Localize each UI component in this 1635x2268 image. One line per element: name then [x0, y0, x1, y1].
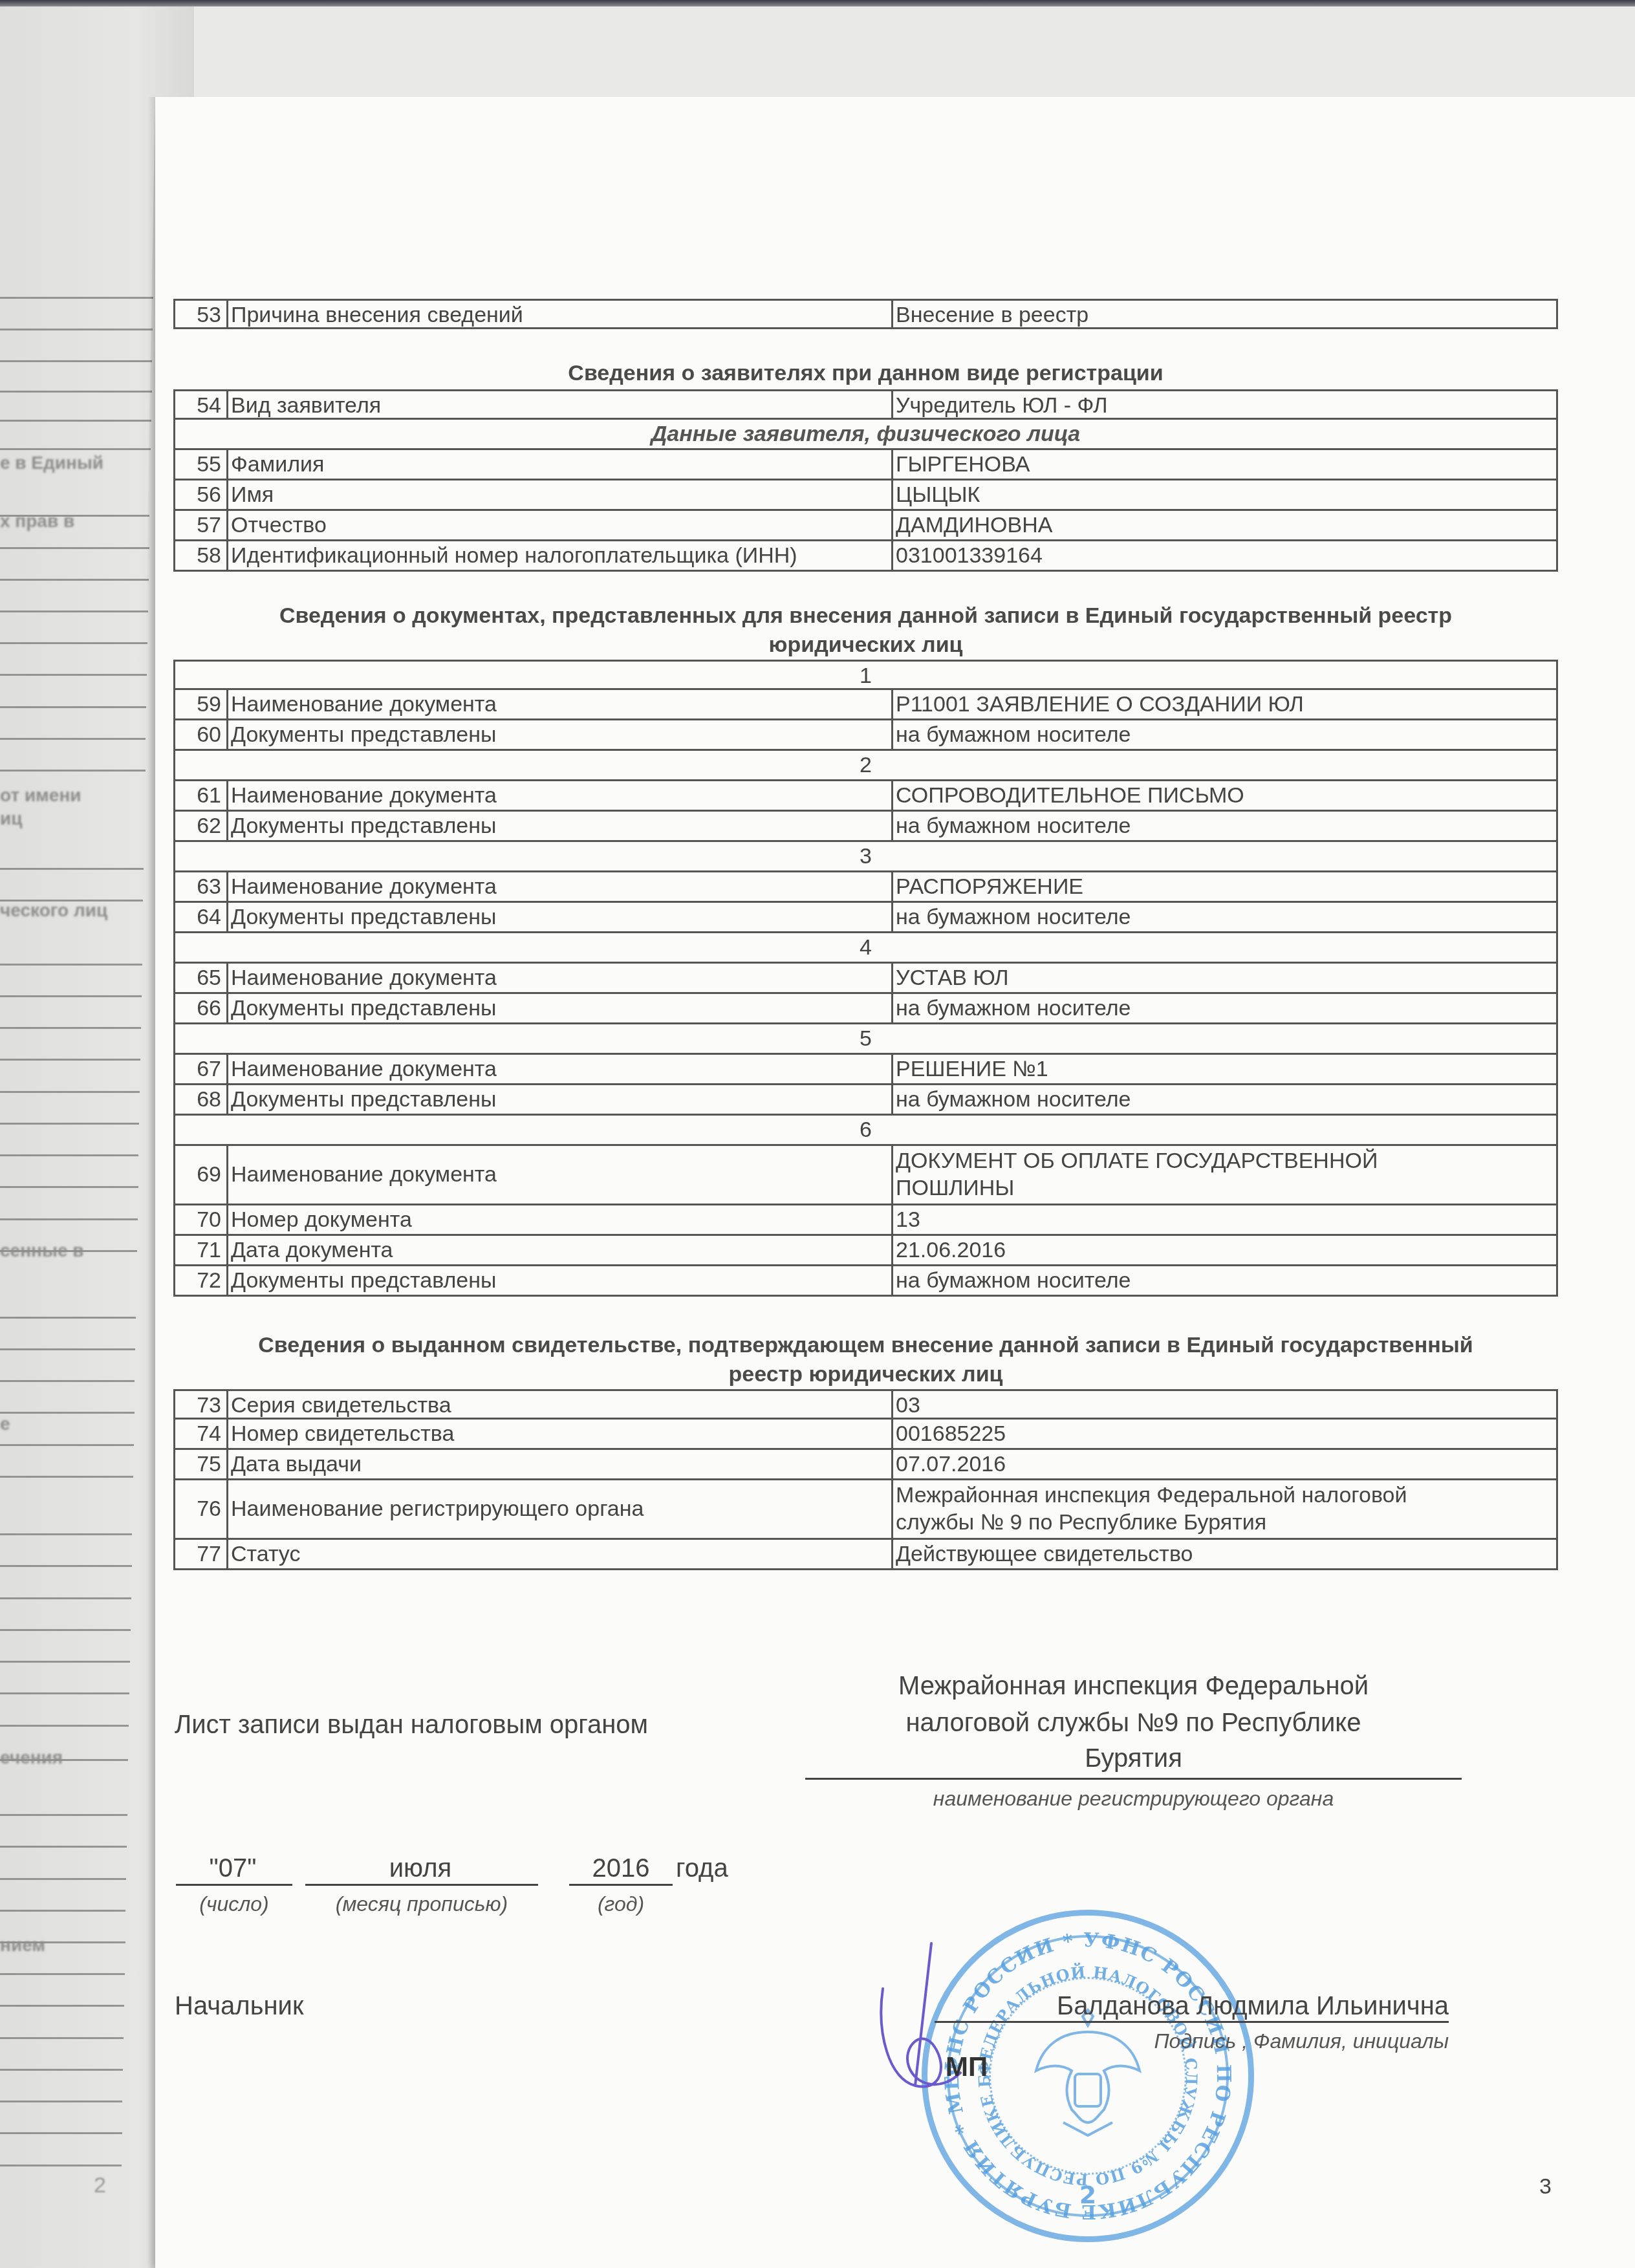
- row-value: Действующее свидетельство: [893, 1540, 1556, 1568]
- underlying-ruled-line: [0, 995, 142, 997]
- table-row: 60 Документы представлены на бумажном но…: [173, 720, 1558, 751]
- row-value: СОПРОВОДИТЕЛЬНОЕ ПИСЬМО: [893, 781, 1556, 810]
- stamp-number: 2: [1079, 2181, 1096, 2209]
- row-value: ДОКУМЕНТ ОБ ОПЛАТЕ ГОСУДАРСТВЕННОЙ ПОШЛИ…: [893, 1146, 1556, 1205]
- row-number: 71: [175, 1236, 228, 1264]
- underlying-ruled-line: [0, 1565, 132, 1567]
- underlying-ruled-line: [0, 1814, 127, 1816]
- row-number: 53: [175, 301, 228, 327]
- table-row: 77 Статус Действующее свидетельство: [173, 1540, 1558, 1570]
- seal-mark: МП: [946, 2051, 988, 2082]
- row-number: 62: [175, 812, 228, 840]
- underlying-ruled-line: [0, 1154, 138, 1156]
- underlying-ruled-line: [0, 1533, 132, 1535]
- row-number: 63: [175, 872, 228, 901]
- underlying-ruled-line: [0, 1412, 135, 1414]
- table-row: 58 Идентификационный номер налогоплатель…: [173, 541, 1558, 572]
- underlying-ruled-line: [0, 1973, 125, 1975]
- row-label: Документы представлены: [228, 812, 893, 840]
- table-subheader: Данные заявителя, физического лица: [173, 420, 1558, 450]
- underlying-text-fragment: сенные в: [0, 1240, 83, 1261]
- underlying-ruled-line: [0, 297, 153, 299]
- underlying-ruled-line: [0, 964, 142, 966]
- row-number: 76: [175, 1480, 228, 1538]
- underlying-text-fragment: от имени: [0, 785, 81, 806]
- underlying-ruled-line: [0, 1091, 140, 1093]
- table-row: 56 Имя ЦЫЦЫК: [173, 481, 1558, 511]
- underlying-ruled-line: [0, 547, 149, 549]
- row-value: 21.06.2016: [893, 1236, 1556, 1264]
- underlying-ruled-line: [0, 2037, 124, 2039]
- row-value: на бумажном носителе: [893, 720, 1556, 749]
- row-value-line: Межрайонная инспекция Федеральной налого…: [896, 1482, 1556, 1509]
- table-row: 66 Документы представлены на бумажном но…: [173, 994, 1558, 1024]
- underlying-ruled-line: [0, 360, 152, 362]
- underlying-ruled-line: [0, 1910, 125, 1912]
- row-number: 77: [175, 1540, 228, 1568]
- row-number: 75: [175, 1450, 228, 1478]
- table-row: 74 Номер свидетельства 001685225: [173, 1420, 1558, 1450]
- underlying-ruled-line: [0, 1878, 126, 1880]
- underlying-ruled-line: [0, 1059, 140, 1061]
- row-label: Идентификационный номер налогоплательщик…: [228, 541, 893, 570]
- row-number: 55: [175, 450, 228, 479]
- row-number: 56: [175, 481, 228, 509]
- row-number: 69: [175, 1146, 228, 1204]
- table-row: 62 Документы представлены на бумажном но…: [173, 812, 1558, 842]
- section-heading-certificate-line2: реестр юридических лиц: [173, 1360, 1558, 1389]
- row-label: Наименование документа: [228, 1055, 893, 1083]
- row-value: на бумажном носителе: [893, 812, 1556, 840]
- row-label: Наименование документа: [228, 781, 893, 810]
- table-row: 54 Вид заявителя Учредитель ЮЛ - ФЛ: [173, 389, 1558, 420]
- underlying-text-fragment: нием: [0, 1935, 45, 1956]
- row-label: Дата документа: [228, 1236, 893, 1264]
- table-row: 53 Причина внесения сведений Внесение в …: [173, 299, 1558, 329]
- underlying-ruled-line: [0, 448, 151, 450]
- table-row: 64 Документы представлены на бумажном но…: [173, 903, 1558, 933]
- row-number: 60: [175, 720, 228, 749]
- date-year-underline: [569, 1884, 673, 1886]
- row-value: 001685225: [893, 1420, 1556, 1448]
- underlying-ruled-line: [0, 674, 147, 676]
- row-label: Серия свидетельства: [228, 1391, 893, 1418]
- underlying-ruled-line: [0, 610, 148, 612]
- row-value: РАСПОРЯЖЕНИЕ: [893, 872, 1556, 901]
- underlying-ruled-line: [0, 579, 149, 581]
- row-label: Документы представлены: [228, 903, 893, 931]
- date-day: "07": [175, 1854, 291, 1883]
- table-row: 73 Серия свидетельства 03: [173, 1389, 1558, 1420]
- row-label: Наименование документа: [228, 1146, 893, 1204]
- scanner-edge: [0, 0, 1635, 6]
- underlying-ruled-line: [0, 1661, 130, 1663]
- table-row: 57 Отчество ДАМДИНОВНА: [173, 511, 1558, 541]
- date-year: 2016: [569, 1854, 673, 1883]
- underlying-ruled-line: [0, 1692, 129, 1694]
- underlying-ruled-line: [0, 738, 146, 740]
- row-value: на бумажном носителе: [893, 1266, 1556, 1295]
- date-month-caption: (месяц прописью): [305, 1892, 538, 1916]
- row-label: Документы представлены: [228, 1266, 893, 1295]
- date-month: июля: [304, 1854, 537, 1883]
- row-number: 65: [175, 964, 228, 992]
- row-value: Р11001 ЗАЯВЛЕНИЕ О СОЗДАНИИ ЮЛ: [893, 690, 1556, 718]
- row-number: 61: [175, 781, 228, 810]
- row-value: 03: [893, 1391, 1556, 1418]
- underlying-text-fragment: е в Единый: [0, 453, 103, 473]
- row-value: РЕШЕНИЕ №1: [893, 1055, 1556, 1083]
- row-label: Наименование регистрирующего органа: [228, 1480, 893, 1538]
- row-value-line: службы № 9 по Республике Бурятия: [896, 1509, 1556, 1536]
- document-group-header: 6: [173, 1116, 1558, 1146]
- row-label: Фамилия: [228, 450, 893, 479]
- underlying-ruled-line: [0, 2005, 124, 2007]
- row-value-line: ПОШЛИНЫ: [896, 1174, 1556, 1202]
- table-row: 75 Дата выдачи 07.07.2016: [173, 1450, 1558, 1480]
- underlying-ruled-line: [0, 770, 146, 772]
- row-value: на бумажном носителе: [893, 994, 1556, 1022]
- row-number: 57: [175, 511, 228, 539]
- row-label: Документы представлены: [228, 720, 893, 749]
- section-heading-documents-line1: Сведения о документах, представленных дл…: [173, 601, 1558, 631]
- row-label: Наименование документа: [228, 690, 893, 718]
- issued-by-label: Лист записи выдан налоговым органом: [175, 1711, 648, 1740]
- underlying-ruled-line: [0, 868, 144, 870]
- row-label: Дата выдачи: [228, 1450, 893, 1478]
- section-heading-certificate-line1: Сведения о выданном свидетельстве, подтв…: [173, 1331, 1558, 1360]
- underlying-ruled-line: [0, 1444, 134, 1446]
- row-label: Документы представлены: [228, 994, 893, 1022]
- underlying-ruled-line: [0, 391, 152, 393]
- row-label: Наименование документа: [228, 964, 893, 992]
- underlying-text-fragment: е: [0, 1414, 10, 1434]
- row-value: Внесение в реестр: [893, 301, 1556, 327]
- document-group-header: 1: [173, 660, 1558, 690]
- date-day-caption: (число): [176, 1892, 292, 1916]
- row-number: 64: [175, 903, 228, 931]
- underlying-ruled-line: [0, 1380, 135, 1382]
- row-value: 07.07.2016: [893, 1450, 1556, 1478]
- document-group-header: 5: [173, 1024, 1558, 1055]
- row-number: 54: [175, 391, 228, 418]
- row-label: Документы представлены: [228, 1085, 893, 1114]
- underlying-ruled-line: [0, 1218, 138, 1220]
- underlying-text-fragment: х прав в: [0, 511, 74, 532]
- row-number: 66: [175, 994, 228, 1022]
- row-number: 58: [175, 541, 228, 570]
- table-row: 70 Номер документа 13: [173, 1205, 1558, 1236]
- table-row: 65 Наименование документа УСТАВ ЮЛ: [173, 964, 1558, 994]
- table-row: 55 Фамилия ГЫРГЕНОВА: [173, 450, 1558, 481]
- underlying-ruled-line: [0, 1348, 135, 1350]
- row-label: Наименование документа: [228, 872, 893, 901]
- authority-caption: наименование регистрирующего органа: [805, 1787, 1462, 1811]
- underlying-ruled-line: [0, 2069, 123, 2071]
- underlying-ruled-line: [0, 329, 153, 330]
- page-number: 3: [1539, 2174, 1552, 2199]
- authority-name-line3: Бурятия: [805, 1744, 1462, 1773]
- underlying-ruled-line: [0, 2101, 122, 2102]
- row-number: 59: [175, 690, 228, 718]
- authority-name-line1: Межрайонная инспекция Федеральной: [805, 1672, 1462, 1701]
- row-value: 031001339164: [893, 541, 1556, 570]
- underlying-text-fragment: иц: [0, 808, 22, 829]
- signer-name: Балданова Людмила Ильинична: [996, 1992, 1449, 2021]
- date-suffix: года: [676, 1854, 728, 1883]
- underlying-ruled-line: [0, 1476, 133, 1478]
- underlying-ruled-line: [0, 420, 151, 422]
- table-row: 69 Наименование документа ДОКУМЕНТ ОБ ОП…: [173, 1146, 1558, 1205]
- row-number: 70: [175, 1205, 228, 1234]
- underlying-ruled-line: [0, 1597, 131, 1599]
- document-group-header: 3: [173, 842, 1558, 872]
- section-heading-applicants: Сведения о заявителях при данном виде ре…: [173, 359, 1558, 388]
- row-value: ДАМДИНОВНА: [893, 511, 1556, 539]
- underlying-ruled-line: [0, 1027, 141, 1029]
- row-label: Отчество: [228, 511, 893, 539]
- underlying-ruled-line: [0, 1725, 129, 1727]
- signer-position: Начальник: [175, 1992, 303, 2021]
- row-value-line: ДОКУМЕНТ ОБ ОПЛАТЕ ГОСУДАРСТВЕННОЙ: [896, 1147, 1556, 1174]
- row-number: 72: [175, 1266, 228, 1295]
- document-group-header: 2: [173, 751, 1558, 781]
- row-value: Учредитель ЮЛ - ФЛ: [893, 391, 1556, 418]
- underlying-text-fragment: ечения: [0, 1747, 63, 1768]
- underlying-ruled-line: [0, 1123, 139, 1125]
- row-value: Межрайонная инспекция Федеральной налого…: [893, 1480, 1556, 1539]
- row-number: 74: [175, 1420, 228, 1448]
- section-heading-documents-line2: юридических лиц: [173, 631, 1558, 660]
- row-label: Имя: [228, 481, 893, 509]
- date-month-underline: [305, 1884, 538, 1886]
- document-group-header: 4: [173, 933, 1558, 964]
- row-number: 67: [175, 1055, 228, 1083]
- row-value: ГЫРГЕНОВА: [893, 450, 1556, 479]
- underlying-page-number: 2: [94, 2173, 106, 2198]
- signer-caption: Подпись , Фамилия, инициалы: [996, 2029, 1449, 2053]
- table-row: 63 Наименование документа РАСПОРЯЖЕНИЕ: [173, 872, 1558, 903]
- row-label: Статус: [228, 1540, 893, 1568]
- row-label: Номер свидетельства: [228, 1420, 893, 1448]
- table-row: 61 Наименование документа СОПРОВОДИТЕЛЬН…: [173, 781, 1558, 812]
- date-day-underline: [176, 1884, 292, 1886]
- row-value: ЦЫЦЫК: [893, 481, 1556, 509]
- table-row: 71 Дата документа 21.06.2016: [173, 1236, 1558, 1266]
- underlying-ruled-line: [0, 642, 147, 644]
- authority-underline: [805, 1778, 1462, 1780]
- table-row: 59 Наименование документа Р11001 ЗАЯВЛЕН…: [173, 690, 1558, 720]
- table-row: 76 Наименование регистрирующего органа М…: [173, 1480, 1558, 1540]
- underlying-ruled-line: [0, 2132, 122, 2134]
- underlying-ruled-line: [0, 2165, 122, 2166]
- authority-name-line2: налоговой службы №9 по Республике: [805, 1709, 1462, 1738]
- row-number: 73: [175, 1391, 228, 1418]
- underlying-text-fragment: ческого лиц: [0, 900, 107, 921]
- table-row: 68 Документы представлены на бумажном но…: [173, 1085, 1558, 1116]
- row-number: 68: [175, 1085, 228, 1114]
- signer-underline: [935, 2021, 1449, 2023]
- table-row: 67 Наименование документа РЕШЕНИЕ №1: [173, 1055, 1558, 1085]
- date-year-caption: (год): [569, 1892, 673, 1916]
- table-row: 72 Документы представлены на бумажном но…: [173, 1266, 1558, 1297]
- row-label: Вид заявителя: [228, 391, 893, 418]
- underlying-ruled-line: [0, 1317, 136, 1319]
- underlying-ruled-line: [0, 706, 146, 708]
- row-label: Причина внесения сведений: [228, 301, 893, 327]
- row-value: на бумажном носителе: [893, 903, 1556, 931]
- underlying-ruled-line: [0, 1846, 127, 1848]
- row-value: УСТАВ ЮЛ: [893, 964, 1556, 992]
- row-value: 13: [893, 1205, 1556, 1234]
- row-label: Номер документа: [228, 1205, 893, 1234]
- row-value: на бумажном носителе: [893, 1085, 1556, 1114]
- underlying-ruled-line: [0, 1629, 131, 1631]
- underlying-ruled-line: [0, 1186, 138, 1188]
